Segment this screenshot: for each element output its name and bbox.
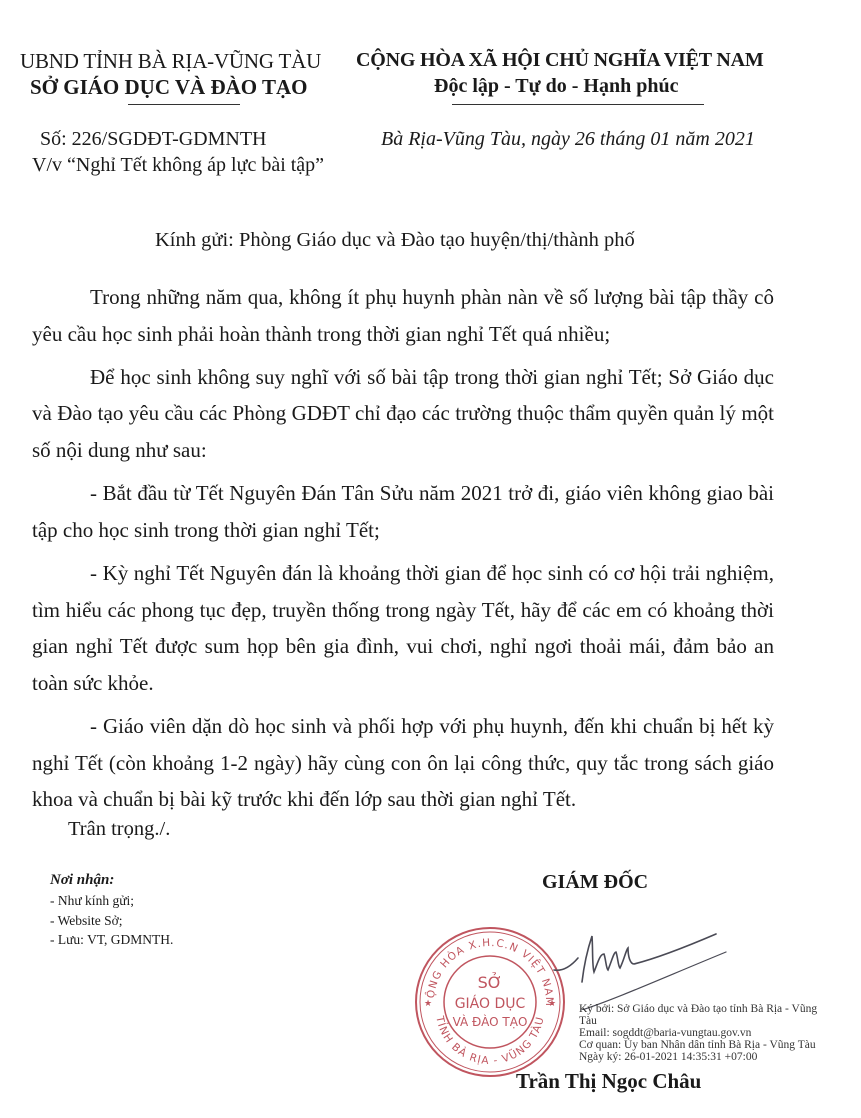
body-paragraph: - Giáo viên dặn dò học sinh và phối hợp …	[32, 708, 774, 818]
body-paragraph: Để học sinh không suy nghĩ với số bài tậ…	[32, 359, 774, 469]
svg-text:★: ★	[424, 999, 432, 1009]
motto-underline	[452, 104, 704, 105]
svg-text:CỘNG HÒA X.H.C.N VIỆT NAM: CỘNG HÒA X.H.C.N VIỆT NAM	[412, 924, 555, 1007]
digital-signature-info: Ký bởi: Sở Giáo dục và Đào tạo tỉnh Bà R…	[579, 1003, 817, 1063]
national-title: CỘNG HÒA XÃ HỘI CHỦ NGHĨA VIỆT NAM	[356, 49, 764, 72]
body-paragraph: - Bắt đầu từ Tết Nguyên Đán Tân Sửu năm …	[32, 475, 774, 548]
digital-signature-line: Email: sogddt@baria-vungtau.gov.vn	[579, 1027, 817, 1039]
body-paragraph: Trong những năm qua, không ít phụ huynh …	[32, 279, 774, 352]
issuing-department: SỞ GIÁO DỤC VÀ ĐÀO TẠO	[30, 75, 308, 100]
document-number: Số: 226/SGDĐT-GDMNTH	[40, 128, 267, 151]
distribution-item: - Như kính gửi;	[50, 891, 173, 911]
distribution-item: - Website Sở;	[50, 911, 173, 931]
national-motto: Độc lập - Tự do - Hạnh phúc	[434, 75, 678, 98]
closing-salutation: Trân trọng./.	[68, 818, 170, 841]
digital-signature-line: Ký bởi: Sở Giáo dục và Đào tạo tỉnh Bà R…	[579, 1003, 817, 1015]
place-and-date: Bà Rịa-Vũng Tàu, ngày 26 tháng 01 năm 20…	[381, 128, 755, 151]
signer-title: GIÁM ĐỐC	[542, 871, 648, 894]
distribution-heading: Nơi nhận:	[50, 872, 114, 889]
digital-signature-line: Cơ quan: Ủy ban Nhân dân tỉnh Bà Rịa - V…	[579, 1039, 817, 1051]
issuing-authority: UBND TỈNH BÀ RỊA-VŨNG TÀU	[20, 49, 321, 74]
digital-signature-line: Tàu	[579, 1015, 817, 1027]
distribution-item: - Lưu: VT, GDMNTH.	[50, 930, 173, 950]
body-paragraph: - Kỳ nghỉ Tết Nguyên đán là khoảng thời …	[32, 555, 774, 701]
document-subject: V/v “Nghỉ Tết không áp lực bài tập”	[32, 154, 324, 177]
distribution-list: - Như kính gửi; - Website Sở; - Lưu: VT,…	[50, 891, 173, 950]
handwritten-signature-icon	[548, 910, 728, 1010]
signer-name: Trần Thị Ngọc Châu	[516, 1069, 701, 1094]
svg-text:SỞ: SỞ	[478, 972, 503, 992]
svg-text:VÀ ĐÀO TẠO: VÀ ĐÀO TẠO	[453, 1014, 528, 1029]
official-stamp-icon: CỘNG HÒA X.H.C.N VIỆT NAM TỈNH BÀ RỊA - …	[412, 924, 568, 1080]
department-underline	[128, 104, 240, 105]
recipient-line: Kính gửi: Phòng Giáo dục và Đào tạo huyệ…	[155, 229, 635, 252]
document-body: Trong những năm qua, không ít phụ huynh …	[32, 279, 774, 824]
digital-signature-line: Ngày ký: 26-01-2021 14:35:31 +07:00	[579, 1051, 817, 1063]
svg-text:GIÁO DỤC: GIÁO DỤC	[455, 995, 526, 1012]
